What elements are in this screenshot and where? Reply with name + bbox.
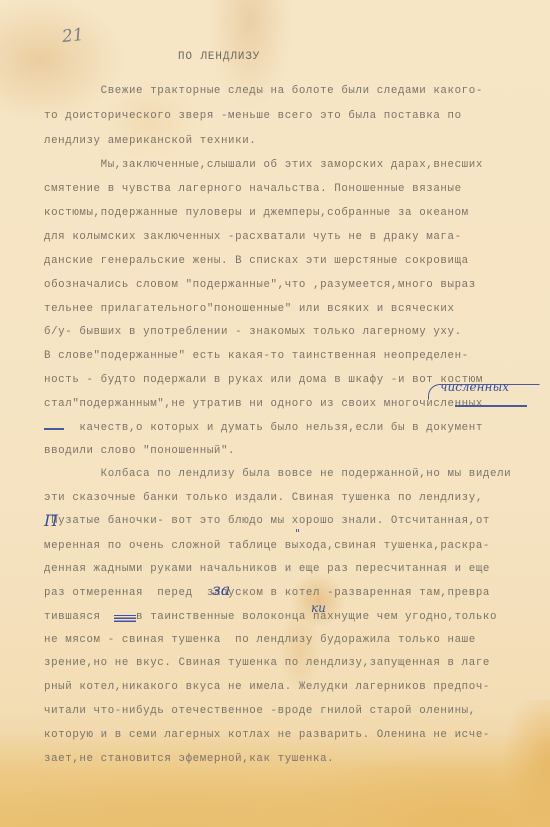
- text-line: то доисторического зверя -меньше всего э…: [44, 110, 462, 122]
- text-line: В слове"подержанные" есть какая-то таинс…: [44, 350, 469, 362]
- page-number: 21: [61, 25, 85, 47]
- water-stain: [0, 732, 550, 827]
- text-line: лендлизу американской техники.: [44, 135, 256, 147]
- handwritten-capital: П: [44, 511, 58, 530]
- text-line: качеств,о которых и думать было нельзя,е…: [44, 422, 483, 434]
- text-line: тельнее прилагательного"поношенные" или …: [44, 303, 455, 315]
- text-line: Свежие тракторные следы на болоте были с…: [44, 85, 483, 97]
- text-line: Мы,заключенные,слышали об этих заморских…: [44, 159, 483, 171]
- text-line: вводили слово "поношенный".: [44, 445, 235, 457]
- text-line: которую и в семи лагерных котлах не разв…: [44, 729, 490, 741]
- text-line: Колбаса по лендлизу была вовсе не подерж…: [44, 468, 511, 480]
- text-line: зает,не становится эфемерной,как тушенка…: [44, 753, 334, 765]
- text-line: эти сказочные банки только издали. Свина…: [44, 492, 483, 504]
- scribbled-out-word: [114, 615, 136, 622]
- document-page: 21 ПО ЛЕНДЛИЗУ Свежие тракторные следы н…: [0, 0, 550, 827]
- text-line: костюмы,подержанные пуловеры и джемперы,…: [44, 207, 469, 219]
- text-line: рный котел,никакого вкуса не имела. Желу…: [44, 681, 490, 693]
- text-line: не мясом - свиная тушенка по лендлизу бу…: [44, 634, 476, 646]
- insert-mark: [428, 384, 540, 400]
- text-line: стал"подержанным",не утратив ни одного и…: [44, 398, 483, 410]
- strikethrough: [455, 405, 527, 407]
- document-title: ПО ЛЕНДЛИЗУ: [178, 51, 260, 63]
- text-line: денная жадными руками начальников и еще …: [44, 563, 490, 575]
- text-line: для колымских заключенных -расхватали чу…: [44, 231, 462, 243]
- text-line: раз отмеренная перед запуском в котел -р…: [44, 587, 490, 599]
- text-line: смятение в чувства лагерного начальства.…: [44, 183, 462, 195]
- strikethrough: [44, 428, 64, 430]
- text-line: меренная по очень сложной таблице выхода…: [44, 540, 490, 552]
- text-line: ность - будто подержали в руках или дома…: [44, 374, 483, 386]
- text-line: читали что-нибудь отечественное -вроде г…: [44, 705, 476, 717]
- handwritten-quote-mark: ": [295, 527, 300, 540]
- text-line: б/у- бывших в употреблении - знакомых то…: [44, 326, 462, 338]
- text-line: тившаяся в таинственные волоконца пахнущ…: [44, 611, 497, 623]
- handwritten-replacement: за: [212, 580, 230, 599]
- text-line: Пузатые баночки- вот это блюдо мы хорошо…: [44, 515, 490, 527]
- text-line: зрение,но не вкус. Свиная тушенка по лен…: [44, 657, 490, 669]
- text-line: обозначались словом "подержанные",что ,р…: [44, 279, 476, 291]
- water-stain-right: [490, 700, 550, 827]
- handwritten-insert: ки: [311, 601, 326, 615]
- text-line: данские генеральские жены. В списках эти…: [44, 255, 469, 267]
